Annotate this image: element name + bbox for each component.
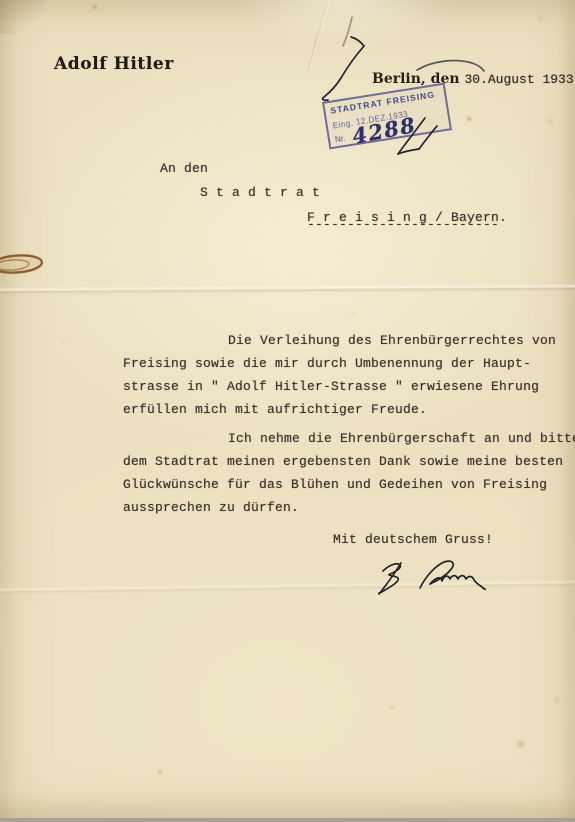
body-paragraph-2: Ich nehme die Ehrenbürgerschaft an und b… [123,427,568,519]
body-line: Ich nehme die Ehrenbürgerschaft an und b… [123,427,568,450]
body-line: Glückwünsche für das Blühen und Gedeihen… [123,473,568,496]
foxing-spots [0,0,2,2]
dateline: Berlin, den 30.August 1933 [372,70,574,88]
fold-crease-lower [0,579,575,595]
body-line: aussprechen zu dürfen. [123,496,568,519]
recipient-name: S t a d t r a t [200,185,320,200]
fold-crease-middle [0,283,575,295]
letterhead-name: Adolf Hitler [54,54,174,74]
letter-paper: Adolf Hitler Berlin, den 30.August 1933 … [0,0,575,818]
body-line: erfüllen mich mit aufrichtiger Freude. [123,398,568,421]
scanned-letter-page: Adolf Hitler Berlin, den 30.August 1933 … [0,0,575,822]
corner-shadow [0,0,46,34]
closing-salutation: Mit deutschem Gruss! [333,532,493,547]
paperclip-rust-stain [0,254,43,274]
body-paragraph-1: Die Verleihung des Ehrenbürgerrechtes vo… [123,329,568,421]
body-line: dem Stadtrat meinen ergebensten Dank sow… [123,450,568,473]
dateline-date: 30.August 1933 [464,72,573,87]
dateline-place: Berlin, den [372,71,464,87]
recipient-underline: ------------------------ [307,217,499,232]
paper-wrinkle-highlight [230,0,460,44]
body-line: Die Verleihung des Ehrenbürgerrechtes vo… [123,329,568,352]
recipient-salutation: An den [160,161,208,176]
body-line: Freising sowie die mir durch Umbenennung… [123,352,568,375]
body-line: strasse in " Adolf Hitler-Strasse " erwi… [123,375,568,398]
